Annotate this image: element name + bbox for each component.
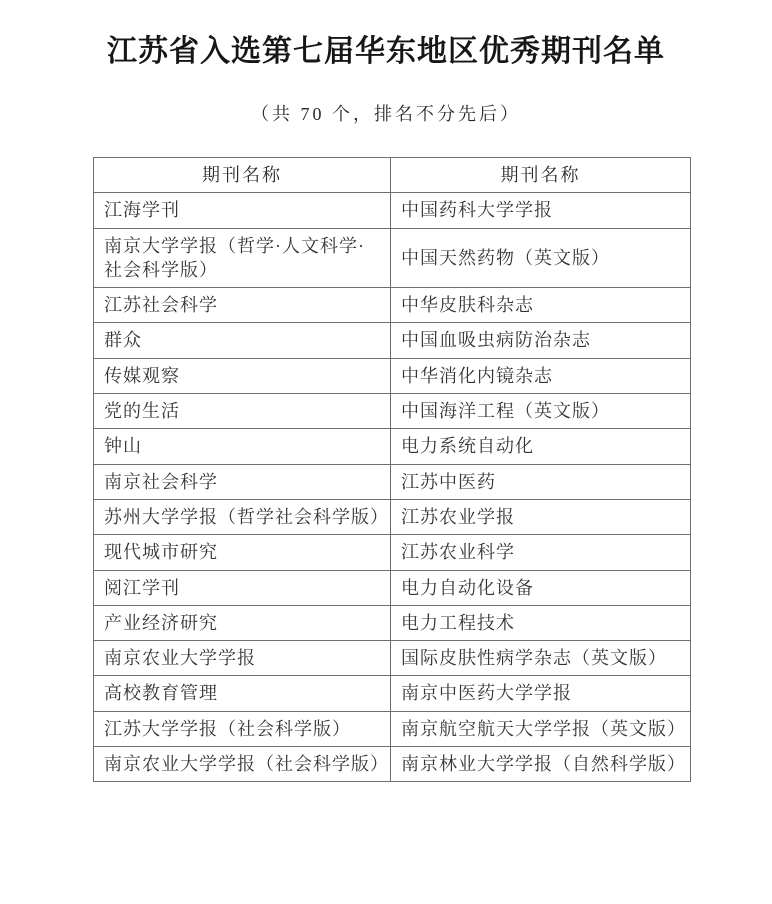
journal-cell: 江苏社会科学 — [94, 288, 391, 323]
table-header-row: 期刊名称 期刊名称 — [94, 158, 691, 193]
journal-cell: 钟山 — [94, 429, 391, 464]
journal-cell: 江苏大学学报（社会科学版） — [94, 711, 391, 746]
table-row: 钟山电力系统自动化 — [94, 429, 691, 464]
journal-cell: 中国药科大学学报 — [391, 193, 691, 228]
journal-cell: 苏州大学学报（哲学社会科学版） — [94, 499, 391, 534]
table-row: 江苏大学学报（社会科学版）南京航空航天大学学报（英文版） — [94, 711, 691, 746]
journal-cell: 江海学刊 — [94, 193, 391, 228]
journal-cell: 党的生活 — [94, 394, 391, 429]
journal-cell: 中华皮肤科杂志 — [391, 288, 691, 323]
journal-cell: 江苏中医药 — [391, 464, 691, 499]
table-body: 江海学刊中国药科大学学报南京大学学报（哲学·人文科学·社会科学版）中国天然药物（… — [94, 193, 691, 782]
journal-cell: 中国海洋工程（英文版） — [391, 394, 691, 429]
journal-cell: 南京农业大学学报 — [94, 641, 391, 676]
page-title: 江苏省入选第七届华东地区优秀期刊名单 — [0, 0, 772, 70]
journal-cell: 南京林业大学学报（自然科学版） — [391, 747, 691, 782]
table-row: 群众中国血吸虫病防治杂志 — [94, 323, 691, 358]
journal-cell: 南京航空航天大学学报（英文版） — [391, 711, 691, 746]
document-page: 江苏省入选第七届华东地区优秀期刊名单 （共 70 个，排名不分先后） 期刊名称 … — [0, 0, 772, 904]
journal-cell: 江苏农业科学 — [391, 535, 691, 570]
journal-cell: 阅江学刊 — [94, 570, 391, 605]
journal-table: 期刊名称 期刊名称 江海学刊中国药科大学学报南京大学学报（哲学·人文科学·社会科… — [93, 157, 691, 782]
journal-cell: 国际皮肤性病学杂志（英文版） — [391, 641, 691, 676]
table-row: 江苏社会科学中华皮肤科杂志 — [94, 288, 691, 323]
journal-cell: 电力自动化设备 — [391, 570, 691, 605]
column-header-left: 期刊名称 — [94, 158, 391, 193]
page-subtitle: （共 70 个，排名不分先后） — [0, 100, 772, 126]
table-row: 南京农业大学学报（社会科学版）南京林业大学学报（自然科学版） — [94, 747, 691, 782]
journal-cell: 江苏农业学报 — [391, 499, 691, 534]
journal-cell: 南京社会科学 — [94, 464, 391, 499]
journal-cell: 现代城市研究 — [94, 535, 391, 570]
table-row: 苏州大学学报（哲学社会科学版）江苏农业学报 — [94, 499, 691, 534]
journal-cell: 中国天然药物（英文版） — [391, 228, 691, 288]
journal-cell: 高校教育管理 — [94, 676, 391, 711]
table-row: 产业经济研究电力工程技术 — [94, 605, 691, 640]
journal-cell: 电力工程技术 — [391, 605, 691, 640]
journal-cell: 中国血吸虫病防治杂志 — [391, 323, 691, 358]
table-row: 南京大学学报（哲学·人文科学·社会科学版）中国天然药物（英文版） — [94, 228, 691, 288]
journal-cell: 中华消化内镜杂志 — [391, 358, 691, 393]
table-row: 南京农业大学学报国际皮肤性病学杂志（英文版） — [94, 641, 691, 676]
journal-cell: 南京大学学报（哲学·人文科学·社会科学版） — [94, 228, 391, 288]
table-row: 阅江学刊电力自动化设备 — [94, 570, 691, 605]
journal-cell: 产业经济研究 — [94, 605, 391, 640]
journal-cell: 南京农业大学学报（社会科学版） — [94, 747, 391, 782]
column-header-right: 期刊名称 — [391, 158, 691, 193]
journal-cell: 电力系统自动化 — [391, 429, 691, 464]
table-row: 高校教育管理南京中医药大学学报 — [94, 676, 691, 711]
table-row: 现代城市研究江苏农业科学 — [94, 535, 691, 570]
table-row: 传媒观察中华消化内镜杂志 — [94, 358, 691, 393]
journal-cell: 南京中医药大学学报 — [391, 676, 691, 711]
journal-cell: 群众 — [94, 323, 391, 358]
table-row: 江海学刊中国药科大学学报 — [94, 193, 691, 228]
journal-cell: 传媒观察 — [94, 358, 391, 393]
table-row: 南京社会科学江苏中医药 — [94, 464, 691, 499]
table-row: 党的生活中国海洋工程（英文版） — [94, 394, 691, 429]
journal-table-container: 期刊名称 期刊名称 江海学刊中国药科大学学报南京大学学报（哲学·人文科学·社会科… — [93, 157, 690, 782]
